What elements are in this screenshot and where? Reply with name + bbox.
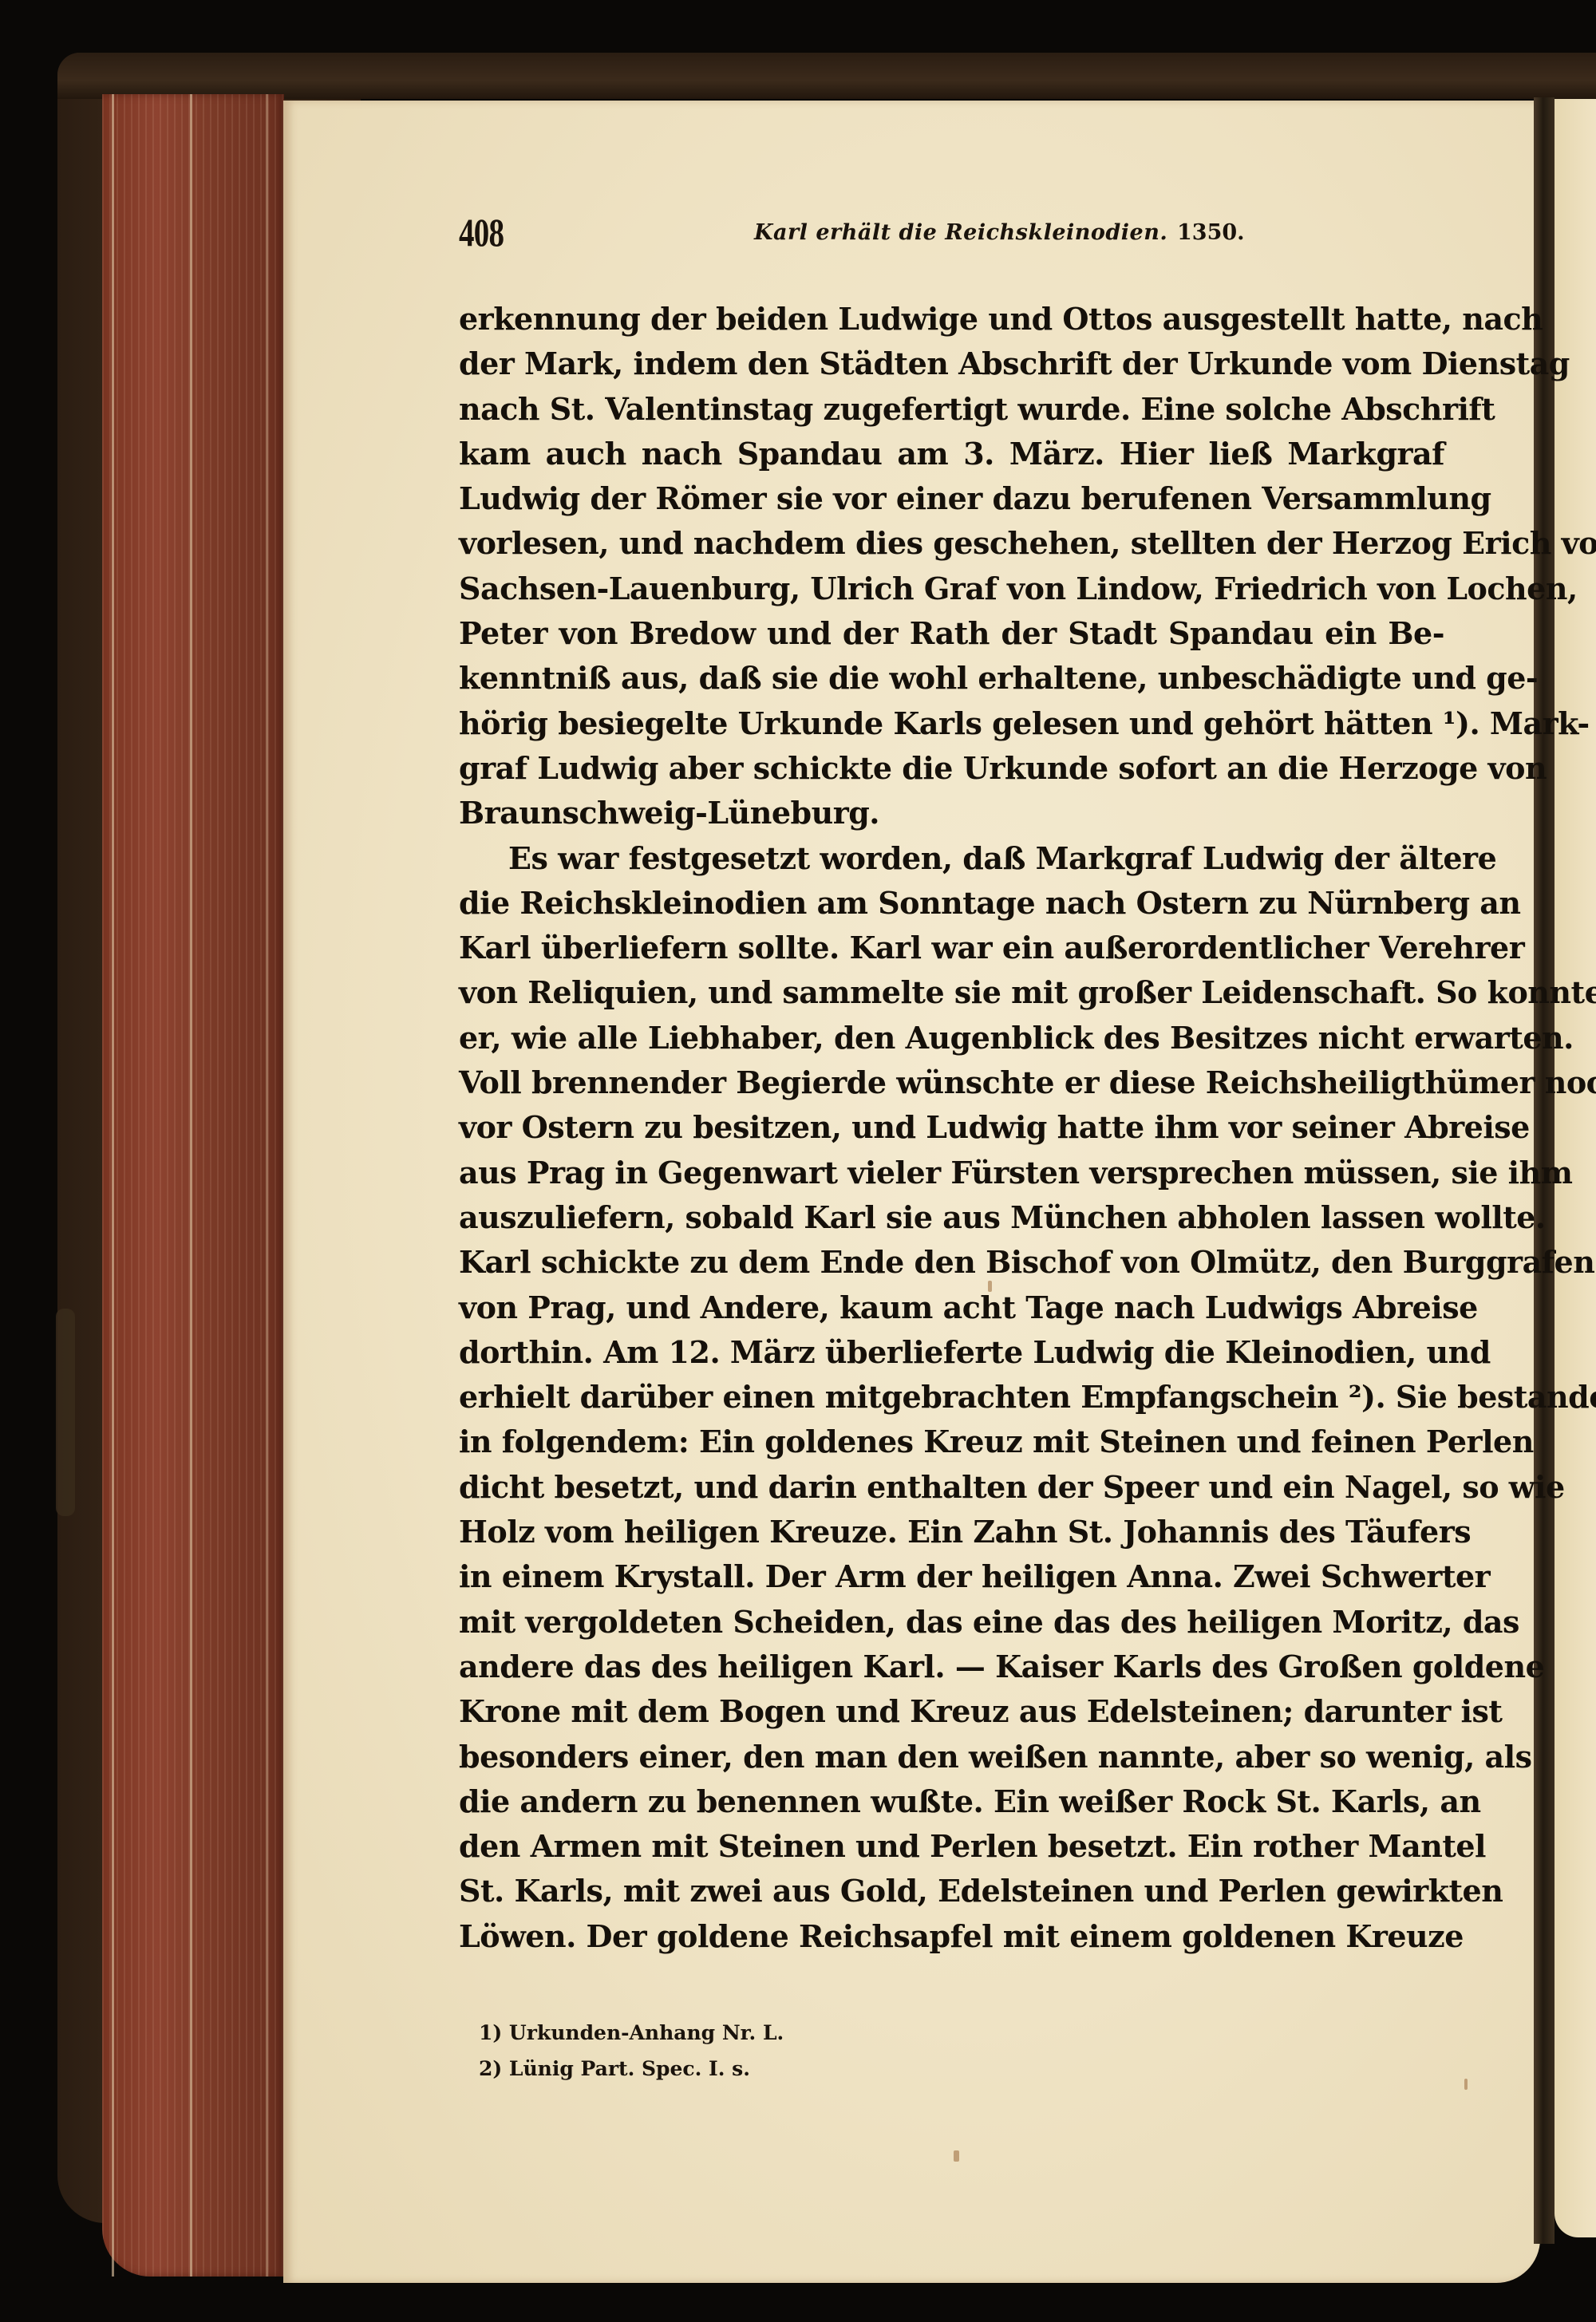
cover-hinge — [56, 1309, 75, 1516]
text-line: mit vergoldeten Scheiden, das eine das d… — [459, 1600, 1444, 1645]
text-line: die Reichskleinodien am Sonntage nach Os… — [459, 881, 1444, 926]
text-line: graf Ludwig aber schickte die Urkunde so… — [459, 746, 1444, 791]
text-line: in folgendem: Ein goldenes Kreuz mit Ste… — [459, 1420, 1444, 1464]
text-line-paragraph-start: Es war festgesetzt worden, daß Markgraf … — [459, 836, 1444, 881]
text-line: Ludwig der Römer sie vor einer dazu beru… — [459, 476, 1444, 521]
page-edge-line — [266, 94, 268, 2277]
paper-speck — [1464, 2079, 1468, 2090]
text-line: von Reliquien, und sammelte sie mit groß… — [459, 970, 1444, 1015]
text-line: Karl schickte zu dem Ende den Bischof vo… — [459, 1240, 1444, 1285]
text-line: St. Karls, mit zwei aus Gold, Edelsteine… — [459, 1869, 1444, 1913]
text-line: erkennung der beiden Ludwige und Ottos a… — [459, 297, 1444, 342]
text-line: kam auch nach Spandau am 3. März. Hier l… — [459, 432, 1444, 476]
text-line: Krone mit dem Bogen und Kreuz aus Edelst… — [459, 1689, 1444, 1734]
text-line: der Mark, indem den Städten Abschrift de… — [459, 342, 1444, 386]
text-line: kenntniß aus, daß sie die wohl erhaltene… — [459, 656, 1444, 701]
text-line: hörig besiegelte Urkunde Karls gelesen u… — [459, 701, 1444, 746]
text-line: dorthin. Am 12. März überlieferte Ludwig… — [459, 1330, 1444, 1375]
text-line: erhielt darüber einen mitgebrachten Empf… — [459, 1375, 1444, 1420]
text-line: vorlesen, und nachdem dies geschehen, st… — [459, 521, 1444, 566]
text-line: nach St. Valentinstag zugefertigt wurde.… — [459, 387, 1444, 432]
text-line: auszuliefern, sobald Karl sie aus Münche… — [459, 1195, 1444, 1240]
page-edge-line — [112, 94, 114, 2277]
text-line: die andern zu benennen wußte. Ein weißer… — [459, 1779, 1444, 1824]
paper-speck — [954, 2150, 959, 2162]
text-line: in einem Krystall. Der Arm der heiligen … — [459, 1554, 1444, 1599]
text-line: Peter von Bredow und der Rath der Stadt … — [459, 611, 1444, 656]
text-line: Voll brennender Begierde wünschte er die… — [459, 1060, 1444, 1105]
footnote-2: 2) Lünig Part. Spec. I. s. — [479, 2051, 784, 2087]
text-line: andere das des heiligen Karl. — Kaiser K… — [459, 1645, 1444, 1689]
text-line: dicht besetzt, und darin enthalten der S… — [459, 1465, 1444, 1510]
text-line: Holz vom heiligen Kreuze. Ein Zahn St. J… — [459, 1510, 1444, 1554]
running-year: 1350. — [1177, 220, 1245, 245]
text-line: er, wie alle Liebhaber, den Augenblick d… — [459, 1016, 1444, 1060]
page-block-edges — [102, 94, 284, 2277]
text-line: vor Ostern zu besitzen, und Ludwig hatte… — [459, 1105, 1444, 1150]
running-header: 408 Karl erhält die Reichskleinodien. 13… — [459, 209, 1448, 257]
footnote-1: 1) Urkunden-Anhang Nr. L. — [479, 2015, 784, 2051]
text-line: Karl überliefern sollte. Karl war ein au… — [459, 926, 1444, 970]
text-line: Sachsen-Lauenburg, Ulrich Graf von Lindo… — [459, 567, 1444, 611]
text-line: den Armen mit Steinen und Perlen besetzt… — [459, 1824, 1444, 1869]
text-line: Löwen. Der goldene Reichsapfel mit einem… — [459, 1914, 1444, 1959]
text-line: besonders einer, den man den weißen nann… — [459, 1735, 1444, 1779]
book-cover-top-edge — [57, 53, 1596, 99]
text-line-paragraph-end: Braunschweig-Lüneburg. — [459, 791, 1444, 835]
text-line: aus Prag in Gegenwart vieler Fürsten ver… — [459, 1151, 1444, 1195]
body-text: erkennung der beiden Ludwige und Ottos a… — [459, 297, 1444, 1959]
page-number: 408 — [459, 209, 504, 255]
footnotes: 1) Urkunden-Anhang Nr. L. 2) Lünig Part.… — [479, 2015, 784, 2087]
page-edge-line — [190, 94, 192, 2277]
text-line: von Prag, und Andere, kaum acht Tage nac… — [459, 1285, 1444, 1330]
running-title: Karl erhält die Reichskleinodien. — [754, 220, 1167, 245]
